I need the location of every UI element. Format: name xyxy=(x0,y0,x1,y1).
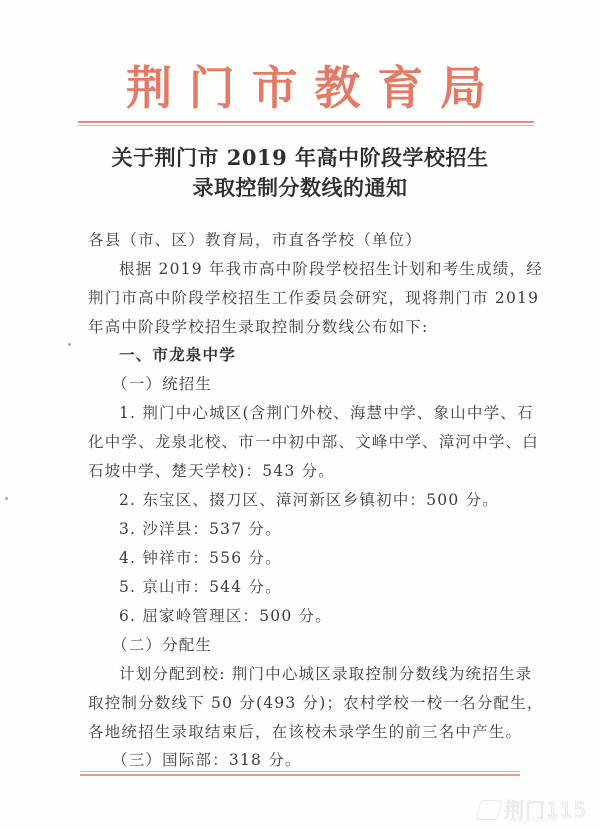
score-item-line: 1. 荆门中心城区(含荆门外校、海慧中学、象山中学、石 xyxy=(119,399,555,427)
intro-line: 年高中阶段学校招生录取控制分数线公布如下: xyxy=(88,313,524,341)
masthead-char: 育 xyxy=(377,58,423,118)
subsection-heading: （二）分配生 xyxy=(112,631,548,659)
masthead-char: 市 xyxy=(252,58,298,118)
score-item-line: 石坡中学、楚天学校)：543 分。 xyxy=(88,457,524,485)
score-item: 3. 沙洋县：537 分。 xyxy=(119,515,555,543)
score-item: 5. 京山市：544 分。 xyxy=(119,573,555,601)
score-item: 4. 钟祥市：556 分。 xyxy=(119,544,555,572)
masthead-char: 教 xyxy=(314,58,360,118)
score-item-line: 化中学、龙泉北校、市一中初中部、文峰中学、漳河中学、白 xyxy=(88,428,524,456)
masthead-char: 门 xyxy=(189,58,235,118)
document-title-line2: 录取控制分数线的通知 xyxy=(0,172,600,202)
footer-divider-thin xyxy=(80,771,520,772)
allocation-line: 取控制分数线下 50 分(493 分)；农村学校一校一名分配生， xyxy=(88,689,524,717)
allocation-line: 计划分配到校: 荆门中心城区录取控制分数线为统招生录 xyxy=(119,660,555,688)
header-divider-thin xyxy=(78,125,534,126)
intro-line: 根据 2019 年我市高中阶段学校招生计划和考生成绩，经 xyxy=(119,255,555,283)
section-heading: 一、市龙泉中学 xyxy=(119,341,555,369)
document-page: 荆 门 市 教 育 局 关于荆门市 2019 年高中阶段学校招生 录取控制分数线… xyxy=(0,0,600,830)
allocation-line: 各地统招生录取结束后，在该校未录学生的前三名中产生。 xyxy=(88,718,524,746)
masthead-char: 荆 xyxy=(126,58,172,118)
scan-speck xyxy=(68,343,71,346)
scan-speck xyxy=(5,497,8,500)
salutation: 各县（市、区）教育局，市直各学校（单位） xyxy=(88,226,524,254)
subsection-heading: （一）统招生 xyxy=(112,370,548,398)
masthead-char: 局 xyxy=(440,58,486,118)
document-title-line1: 关于荆门市 2019 年高中阶段学校招生 xyxy=(0,142,600,172)
agency-masthead: 荆 门 市 教 育 局 xyxy=(78,58,534,118)
intro-line: 荆门市高中阶段学校招生工作委员会研究，现将荆门市 2019 xyxy=(88,284,524,312)
watermark-logo-icon xyxy=(475,800,502,820)
watermark-url: www.jm115.com xyxy=(508,817,558,824)
score-item: 2. 东宝区、掇刀区、漳河新区乡镇初中：500 分。 xyxy=(119,486,555,514)
footer-divider xyxy=(80,774,520,776)
subsection-heading: （三）国际部：318 分。 xyxy=(112,746,548,774)
watermark: 荆门115 www.jm115.com xyxy=(478,795,596,825)
header-divider xyxy=(78,121,534,123)
score-item: 6. 屈家岭管理区：500 分。 xyxy=(119,602,555,630)
